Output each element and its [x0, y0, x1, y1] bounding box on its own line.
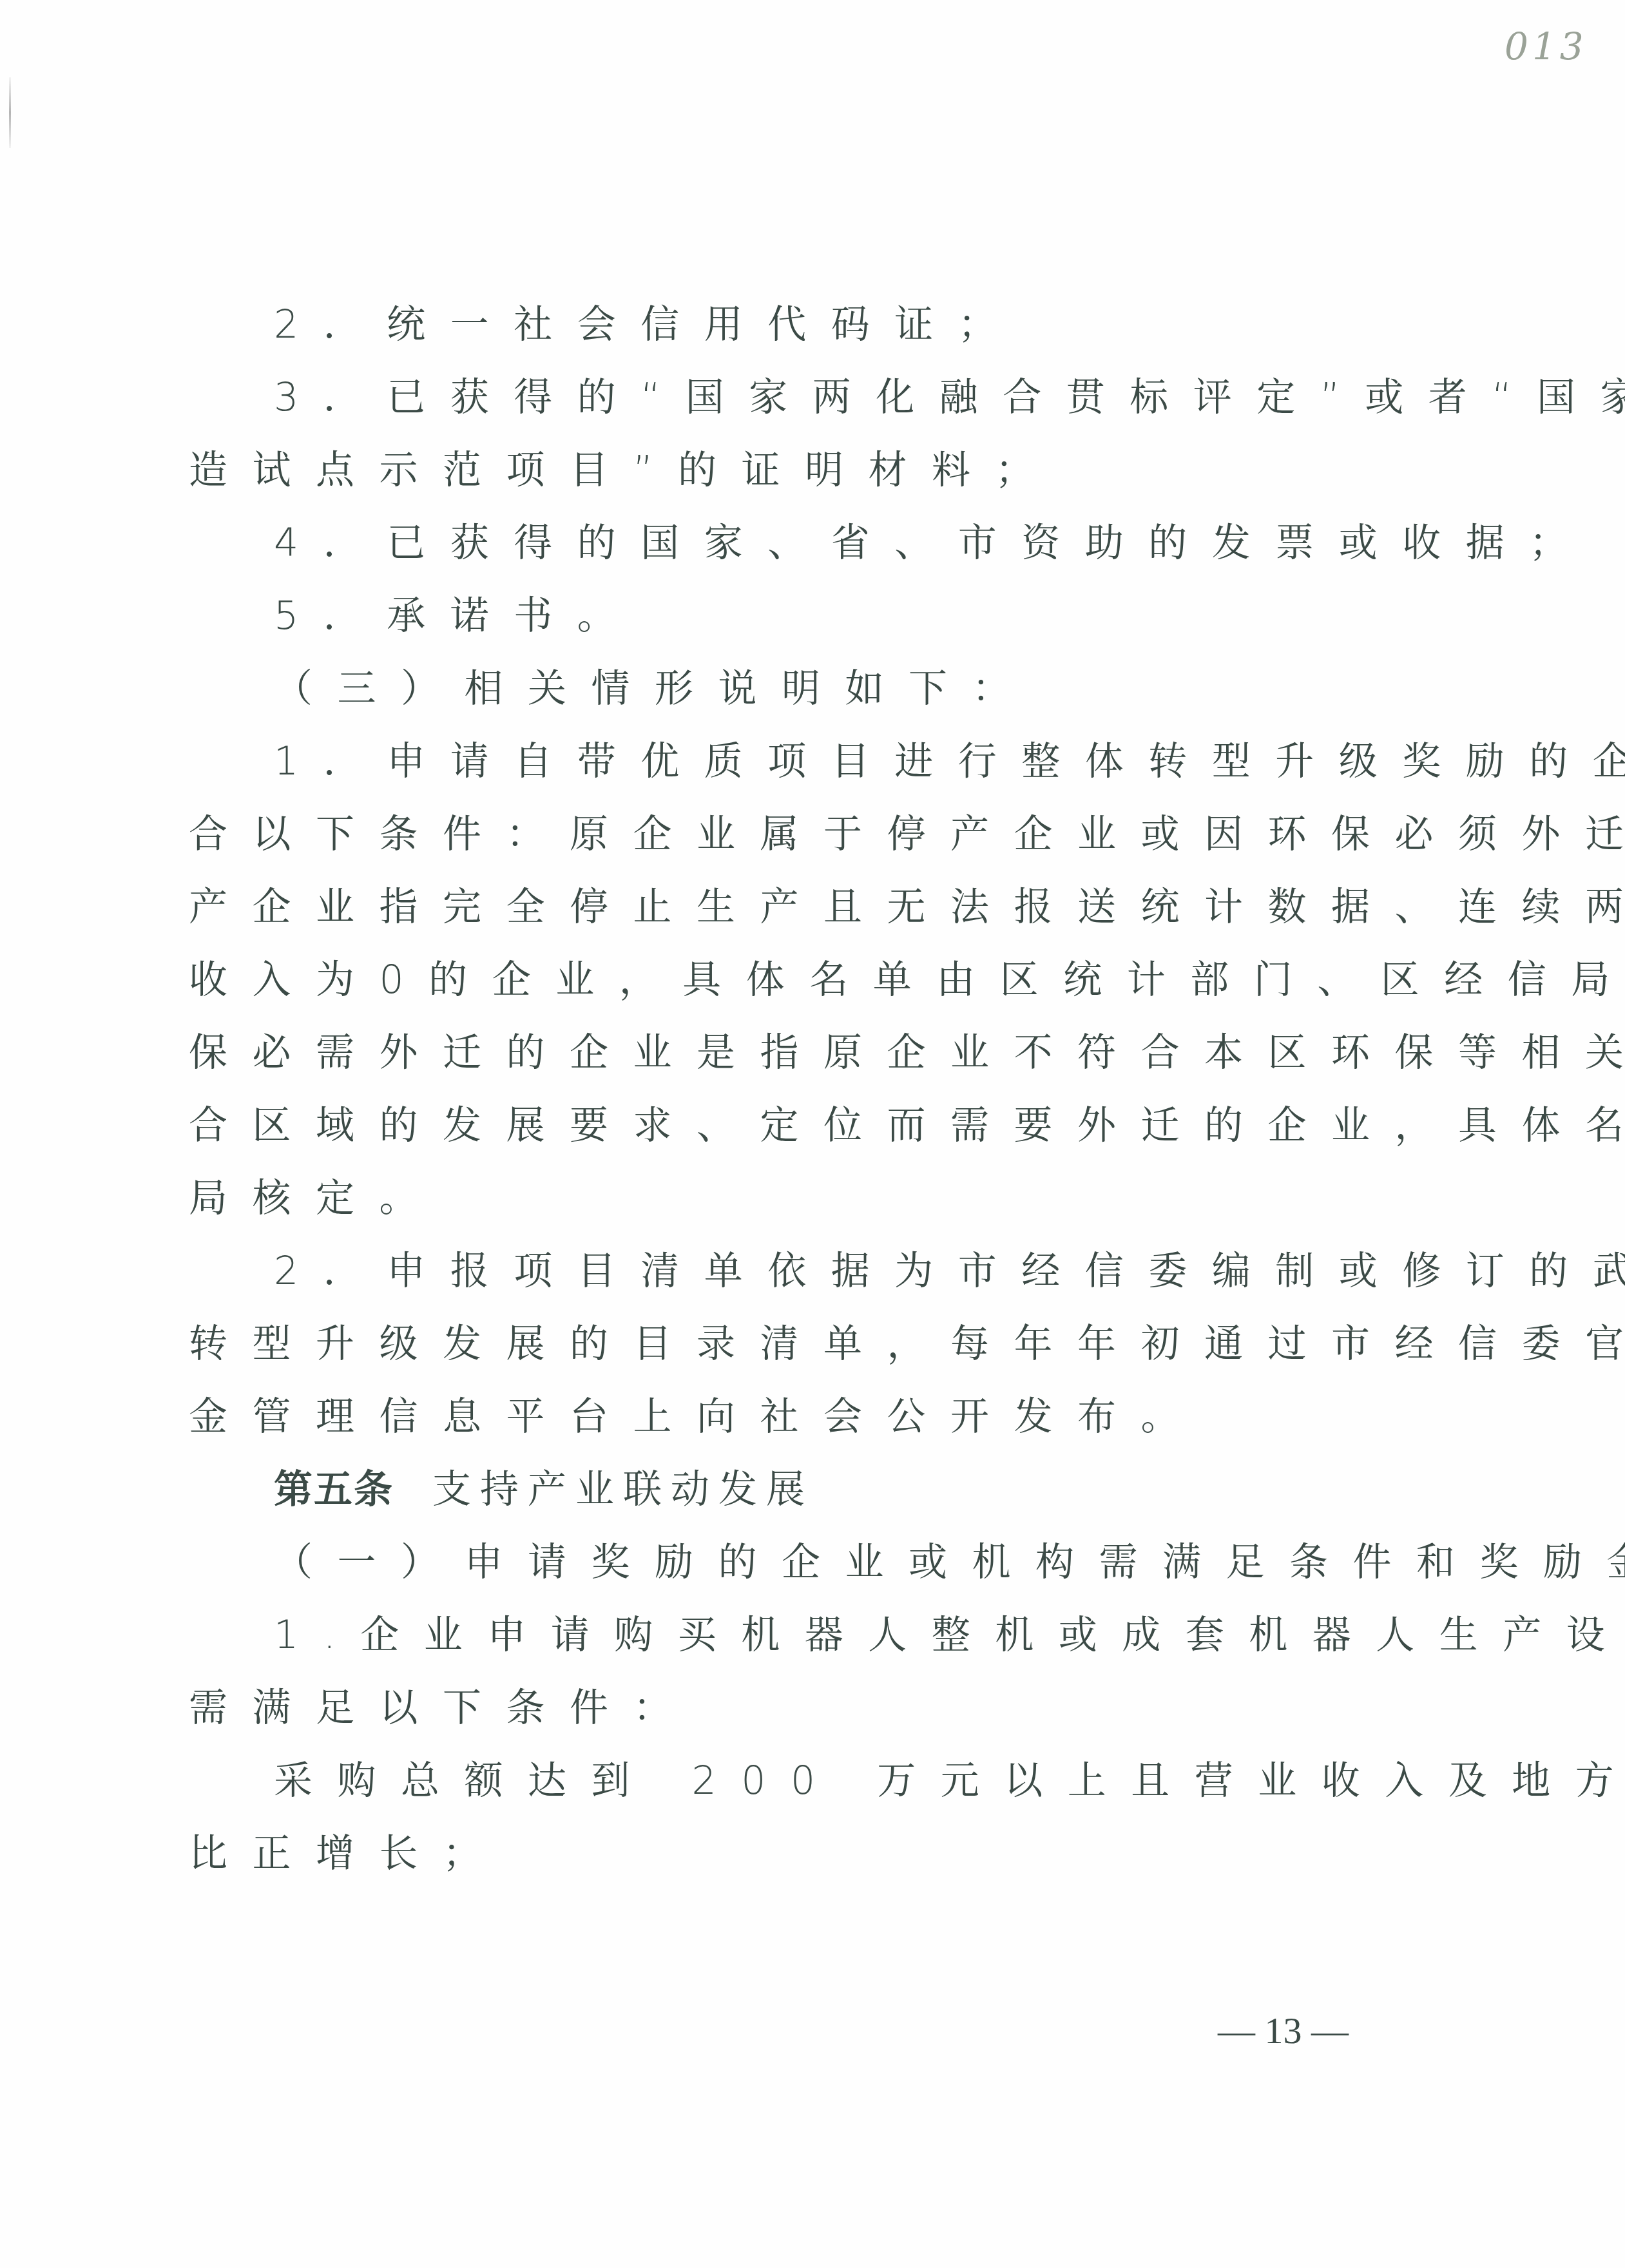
paragraph-line: 合区域的发展要求、定位而需要外迁的企业，具体名单由区环保 — [189, 1090, 1385, 1162]
list-item-3: 3．已获得的“国家两化融合贯标评定”或者“国家智能制 — [189, 361, 1385, 434]
article-heading: 第五条支持产业联动发展 — [189, 1454, 1385, 1526]
paragraph-line: 比正增长； — [189, 1818, 1385, 1890]
list-item-3-cont: 造试点示范项目”的证明材料； — [189, 434, 1385, 507]
list-item-2: 2．统一社会信用代码证； — [189, 289, 1385, 361]
paragraph-line: 1．申请自带优质项目进行整体转型升级奖励的企业应当符 — [189, 726, 1385, 798]
section-heading-3: （三）相关情形说明如下： — [189, 653, 1385, 726]
paragraph-line: 保必需外迁的企业是指原企业不符合本区环保等相关要求，不符 — [189, 1017, 1385, 1090]
body-text: 2．统一社会信用代码证； 3．已获得的“国家两化融合贯标评定”或者“国家智能制 … — [189, 289, 1385, 1890]
paragraph-line: 2．申报项目清单依据为市经信委编制或修订的武汉市工业 — [189, 1235, 1385, 1308]
paragraph-line: 局核定。 — [189, 1162, 1385, 1235]
paragraph-line: 1.企业申请购买机器人整机或成套机器人生产设备补贴的， — [189, 1599, 1385, 1672]
scan-edge-mark — [9, 77, 11, 148]
document-page: 013 2．统一社会信用代码证； 3．已获得的“国家两化融合贯标评定”或者“国家… — [0, 0, 1625, 2268]
paragraph-line: 产企业指完全停止生产且无法报送统计数据、连续两年主营业务 — [189, 871, 1385, 944]
section-heading-1: （一）申请奖励的企业或机构需满足条件和奖励金额： — [189, 1526, 1385, 1599]
paragraph-line: 采购总额达到 200 万元以上且营业收入及地方财政贡献同 — [189, 1745, 1385, 1818]
paragraph-line: 收入为0的企业，具体名单由区统计部门、区经信局核定；因环 — [189, 944, 1385, 1017]
article-number: 第五条 — [274, 1467, 394, 1512]
page-number: — 13 — — [1218, 2009, 1349, 2052]
paragraph-line: 转型升级发展的目录清单，每年年初通过市经信委官网或专项资 — [189, 1308, 1385, 1381]
page-stamp-number: 013 — [1505, 24, 1588, 68]
article-title: 支持产业联动发展 — [432, 1467, 814, 1512]
paragraph-line: 金管理信息平台上向社会公开发布。 — [189, 1381, 1385, 1454]
paragraph-line: 合以下条件：原企业属于停产企业或因环保必须外迁的企业。停 — [189, 798, 1385, 871]
list-item-5: 5．承诺书。 — [189, 580, 1385, 653]
list-item-4: 4．已获得的国家、省、市资助的发票或收据； — [189, 507, 1385, 580]
paragraph-line: 需满足以下条件： — [189, 1672, 1385, 1745]
